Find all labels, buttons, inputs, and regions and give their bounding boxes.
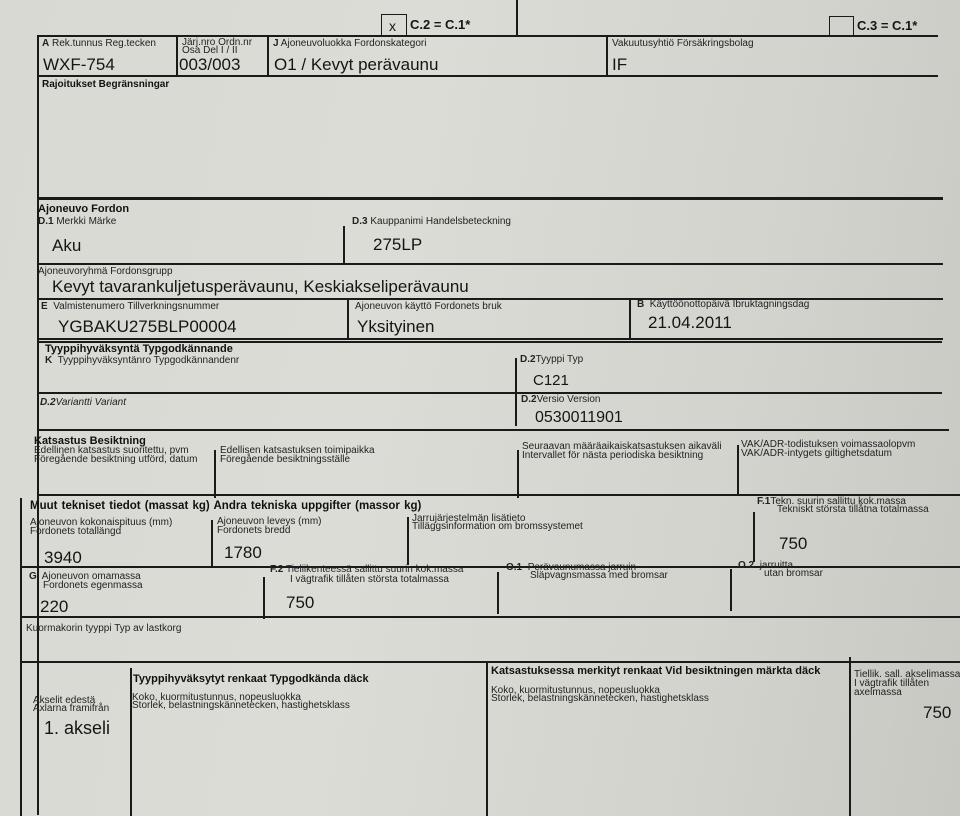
body-type-label: Kuormakorin tyyppi Typ av lastkorg xyxy=(26,624,181,634)
variant-label: D.2Variantti Variant xyxy=(40,398,126,408)
version-label: D.2Versio Version xyxy=(521,395,601,405)
width-value: 1780 xyxy=(224,543,262,563)
order-number-value: 003/003 xyxy=(179,55,240,75)
vehicle-header: Ajoneuvo Fordon xyxy=(38,203,129,215)
c2-label: C.2 = C.1* xyxy=(410,17,470,32)
c3-label: C.3 = C.1* xyxy=(857,18,917,33)
usage-label: Ajoneuvon käyttö Fordonets bruk xyxy=(355,302,502,312)
vin-label: E Valmistenumero Tillverkningsnummer xyxy=(41,302,219,312)
length-value: 3940 xyxy=(44,548,82,568)
make-label: D.1 Merkki Märke xyxy=(38,217,116,227)
vehicle-group-label: Ajoneuvoryhmä Fordonsgrupp xyxy=(38,267,173,277)
c3-checkbox[interactable] xyxy=(829,16,854,37)
inspected-tyres-header: Katsastuksessa merkityt renkaat Vid besi… xyxy=(491,665,820,677)
vehicle-group-value: Kevyt tavarankuljetusperävaunu, Keskiaks… xyxy=(52,277,469,297)
usage-value: Yksityinen xyxy=(357,317,434,337)
reg-number-label: A Rek.tunnus Reg.tecken xyxy=(42,39,156,49)
axle-value: 1. akseli xyxy=(44,718,110,739)
technical-header: Muut tekniset tiedot (massat kg) Andra t… xyxy=(30,500,421,512)
trade-name-label: D.3 Kauppanimi Handelsbeteckning xyxy=(352,217,511,227)
make-value: Aku xyxy=(52,236,81,256)
c2-checkbox-mark: x xyxy=(389,18,396,34)
vin-value: YGBAKU275BLP00004 xyxy=(58,317,237,337)
first-use-value: 21.04.2011 xyxy=(648,313,732,333)
tech-max-mass-value: 750 xyxy=(779,534,807,554)
type-approval-header: Tyyppihyväksyntä Typgodkännande xyxy=(45,343,233,355)
insurance-value: IF xyxy=(612,55,627,75)
reg-number-value: WXF-754 xyxy=(43,55,115,75)
approval-number-label: K Tyyppihyväksyntänro Typgodkännandenr xyxy=(45,356,239,366)
type-label: D.2Tyyppi Typ xyxy=(520,355,583,365)
vehicle-class-value: O1 / Kevyt perävaunu xyxy=(274,55,438,75)
curb-mass-value: 220 xyxy=(40,597,68,617)
approved-tyres-header: Tyyppihyväksytyt renkaat Typgodkända däc… xyxy=(133,673,369,685)
road-max-mass-value: 750 xyxy=(286,593,314,613)
c2-checkbox[interactable]: x xyxy=(381,14,407,37)
trade-name-value: 275LP xyxy=(373,235,422,255)
type-value: C121 xyxy=(533,372,569,389)
first-use-label: B Käyttöönottopäivä Ibruktagningsdag xyxy=(637,300,809,310)
axle-mass-value: 750 xyxy=(923,703,951,723)
version-value: 0530011901 xyxy=(535,409,623,427)
restrictions-header: Rajoitukset Begränsningar xyxy=(42,79,169,90)
